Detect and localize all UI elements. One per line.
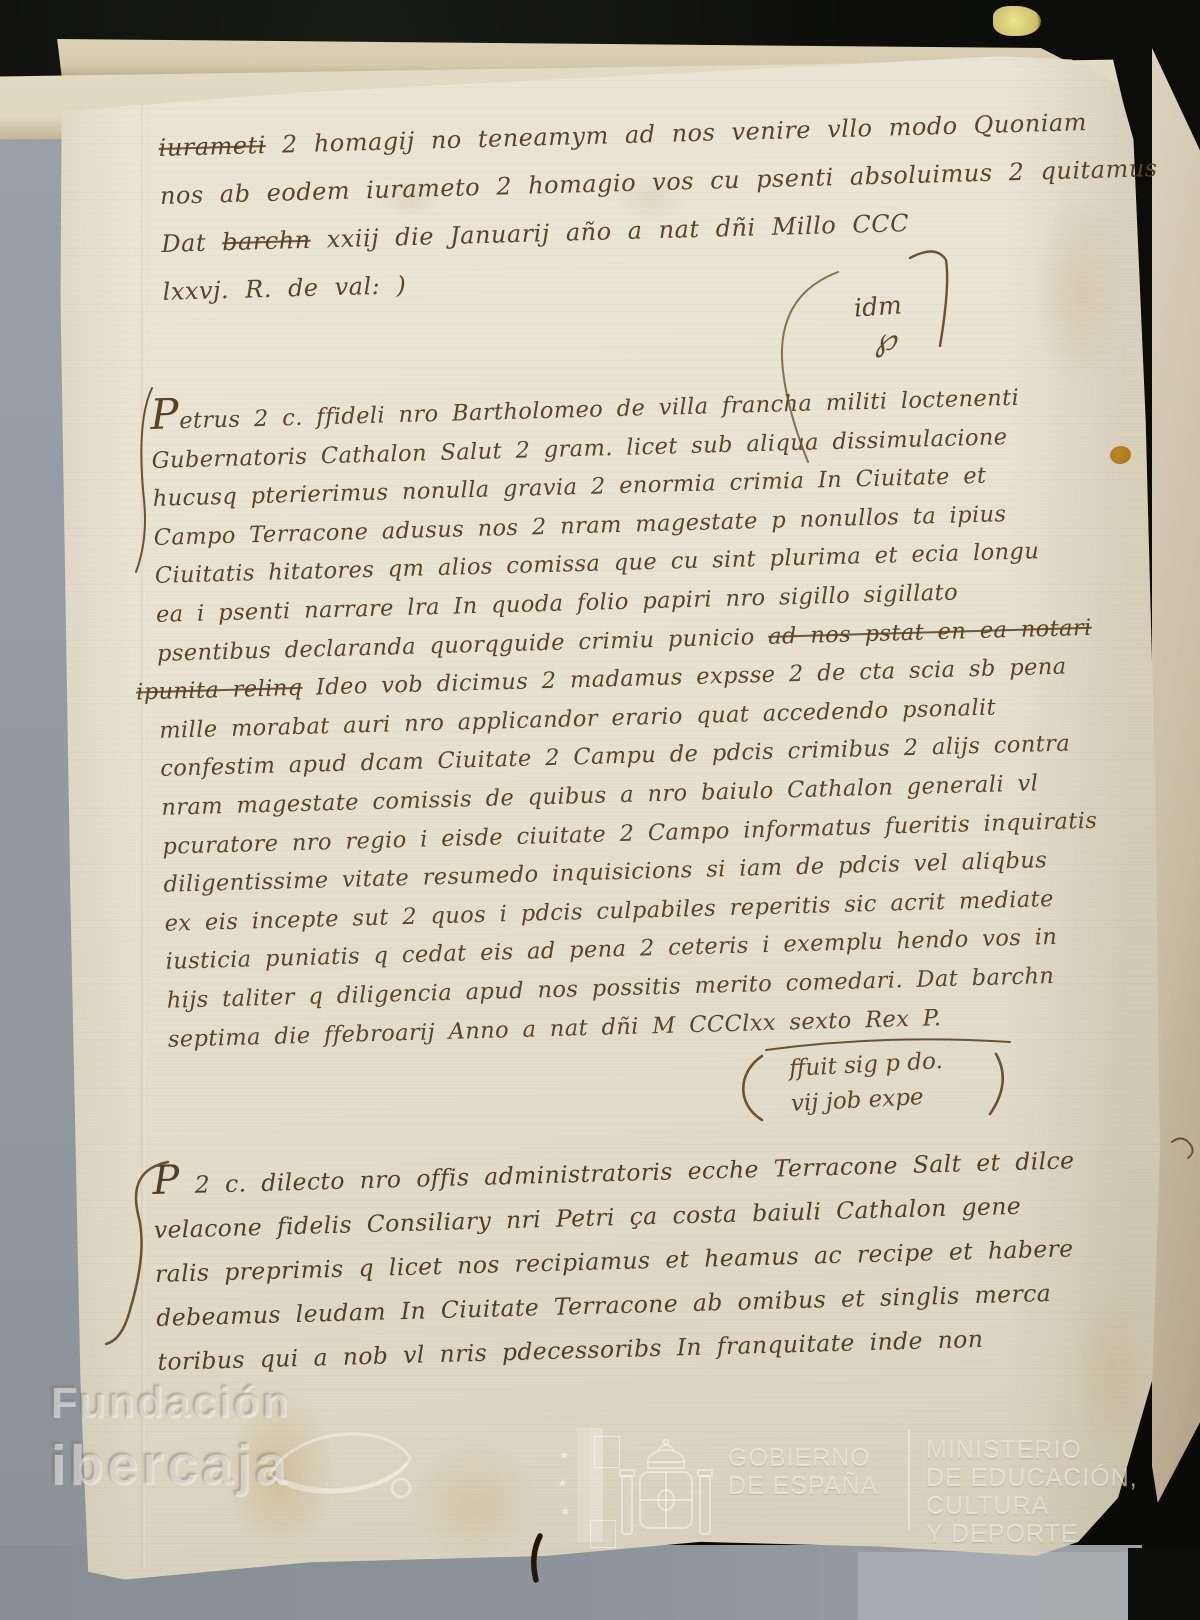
star-icon: ★: [559, 1448, 570, 1462]
flag-outline-box: [594, 1436, 620, 1468]
gobierno-line: DE ESPAÑA: [728, 1472, 878, 1500]
watermark-divider: [908, 1430, 910, 1530]
ministerio-watermark: MINISTERIO DE EDUCACIÓN, CULTURA Y DEPOR…: [926, 1436, 1200, 1548]
paper-defect-spot: [993, 6, 1041, 36]
star-icon: ★: [557, 1476, 568, 1490]
ministerio-line: MINISTERIO: [926, 1436, 1200, 1464]
gobierno-de-espana-watermark: GOBIERNO DE ESPAÑA: [728, 1444, 878, 1500]
fundacion-ibercaja-watermark: ibercaja: [50, 1432, 289, 1498]
ibercaja-swoosh-icon: [258, 1402, 428, 1522]
gobierno-line: GOBIERNO: [728, 1444, 878, 1472]
spain-coat-of-arms-icon: [618, 1436, 714, 1554]
manuscript-photo: iurameti 2 homagij no teneamym ad nos ve…: [0, 0, 1200, 1620]
pen-flourishes: [0, 0, 1200, 1620]
star-icon: ★: [560, 1504, 571, 1518]
ministerio-line: Y DEPORTE: [926, 1520, 1200, 1548]
ministerio-line: DE EDUCACIÓN, CULTURA: [926, 1464, 1200, 1520]
fundacion-ibercaja-watermark: Fundación: [50, 1378, 290, 1428]
flag-outline-box: [590, 1520, 616, 1548]
quire-mark: [534, 1536, 540, 1580]
